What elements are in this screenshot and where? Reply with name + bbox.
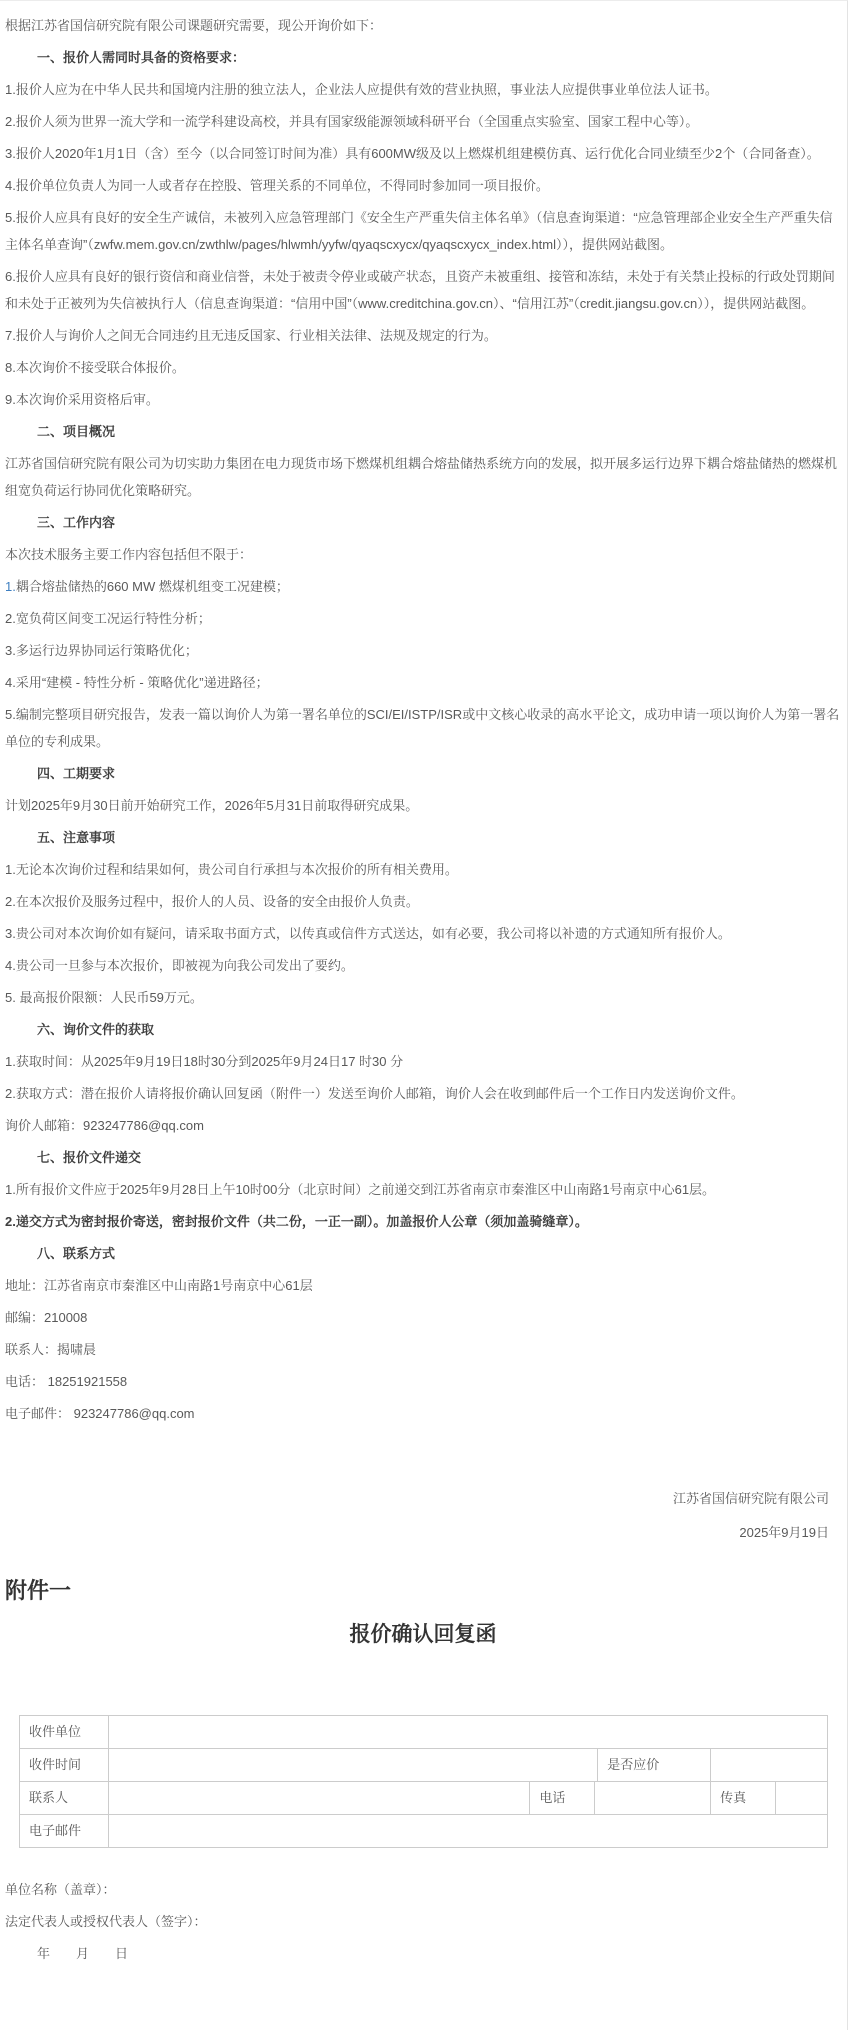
signature-company: 江苏省国信研究院有限公司 (5, 1485, 829, 1512)
contact-postcode: 邮编：210008 (5, 1304, 841, 1331)
s1-item-3: 3.报价人2020年1月1日（含）至今（以合同签订时间为准）具有600MW级及以… (5, 140, 841, 167)
s7-item-1: 1.所有报价文件应于2025年9月28日上午10时00分（北京时间）之前递交到江… (5, 1176, 841, 1203)
form-cell-will-quote-value (711, 1749, 828, 1782)
s1-item-1: 1.报价人应为在中华人民共和国境内注册的独立法人，企业法人应提供有效的营业执照，… (5, 76, 841, 103)
form-label-phone: 电话 (530, 1782, 595, 1815)
signature-date: 2025年9月19日 (5, 1519, 829, 1546)
s2-overview-paragraph: 江苏省国信研究院有限公司为切实助力集团在电力现货市场下燃煤机组耦合熔盐储热系统方… (5, 450, 841, 504)
s1-item-9: 9.本次询价采用资格后审。 (5, 386, 841, 413)
form-row-receive-time: 收件时间 是否应价 (20, 1749, 828, 1782)
attachment-title: 附件一 (5, 1576, 841, 1606)
s3-lead: 本次技术服务主要工作内容包括但不限于： (5, 541, 841, 568)
s5-item-1: 1.无论本次询价过程和结果如何，贵公司自行承担与本次报价的所有相关费用。 (5, 856, 841, 883)
form-cell-fax-value (776, 1782, 828, 1815)
footer-representative-sign-line: 法定代表人或授权代表人（签字）： (5, 1908, 841, 1935)
s3-item-2: 2.宽负荷区间变工况运行特性分析； (5, 605, 841, 632)
form-label-recipient-unit: 收件单位 (20, 1716, 109, 1749)
s3-item-3: 3.多运行边界协同运行策略优化； (5, 637, 841, 664)
footer-date-line: 年 月 日 (37, 1940, 841, 1967)
s6-item-2: 2.获取方式：潜在报价人请将报价确认回复函（附件一）发送至询价人邮箱，询价人会在… (5, 1080, 841, 1107)
form-cell-email-value (109, 1815, 828, 1848)
form-label-contact-person: 联系人 (20, 1782, 109, 1815)
form-label-email: 电子邮件 (20, 1815, 109, 1848)
reply-form-table: 收件单位 收件时间 是否应价 联系人 电话 传真 电子邮件 (19, 1715, 828, 1848)
s3-item-1-text: 耦合熔盐储热的660 MW 燃煤机组变工况建模； (16, 579, 289, 594)
s1-item-6: 6.报价人应具有良好的银行资信和商业信誉，未处于被责令停业或破产状态，且资产未被… (5, 263, 841, 317)
form-label-receive-time: 收件时间 (20, 1749, 109, 1782)
s3-item-1-number: 1. (5, 579, 16, 594)
intro-paragraph: 根据江苏省国信研究院有限公司课题研究需要，现公开询价如下： (5, 12, 841, 39)
section-3-heading: 三、工作内容 (5, 509, 841, 536)
form-row-email: 电子邮件 (20, 1815, 828, 1848)
s6-inquirer-email: 询价人邮箱：923247786@qq.com (5, 1112, 841, 1139)
s5-item-3: 3.贵公司对本次询价如有疑问，请采取书面方式，以传真或信件方式送达，如有必要，我… (5, 920, 841, 947)
s1-item-5: 5.报价人应具有良好的安全生产诚信，未被列入应急管理部门《安全生产严重失信主体名… (5, 204, 841, 258)
contact-phone: 电话： 18251921558 (5, 1368, 841, 1395)
s3-item-1: 1.耦合熔盐储热的660 MW 燃煤机组变工况建模； (5, 573, 841, 600)
s1-item-4: 4.报价单位负责人为同一人或者存在控股、管理关系的不同单位，不得同时参加同一项目… (5, 172, 841, 199)
section-1-heading: 一、报价人需同时具备的资格要求： (5, 44, 841, 71)
s3-item-4: 4.采用“建模 - 特性分析 - 策略优化”递进路径； (5, 669, 841, 696)
s1-item-2: 2.报价人须为世界一流大学和一流学科建设高校，并具有国家级能源领域科研平台（全国… (5, 108, 841, 135)
contact-address: 地址：江苏省南京市秦淮区中山南路1号南京中心61层 (5, 1272, 841, 1299)
form-row-recipient: 收件单位 (20, 1716, 828, 1749)
section-7-heading: 七、报价文件递交 (5, 1144, 841, 1171)
s5-item-5: 5. 最高报价限额：人民币59万元。 (5, 984, 841, 1011)
s1-item-7: 7.报价人与询价人之间无合同违约且无违反国家、行业相关法律、法规及规定的行为。 (5, 322, 841, 349)
form-cell-receive-time-value (109, 1749, 598, 1782)
s1-item-8: 8.本次询价不接受联合体报价。 (5, 354, 841, 381)
signature-block: 江苏省国信研究院有限公司 2025年9月19日 (5, 1485, 841, 1546)
form-label-fax: 传真 (711, 1782, 776, 1815)
footer-company-seal-line: 单位名称（盖章）： (5, 1876, 841, 1903)
form-row-contact: 联系人 电话 传真 (20, 1782, 828, 1815)
form-label-will-quote: 是否应价 (598, 1749, 711, 1782)
section-8-heading: 八、联系方式 (5, 1240, 841, 1267)
inquiry-notice-document: 根据江苏省国信研究院有限公司课题研究需要，现公开询价如下： 一、报价人需同时具备… (0, 1, 847, 1967)
s7-item-2: 2.递交方式为密封报价寄送，密封报价文件（共二份，一正一副）。加盖报价人公章（须… (5, 1208, 841, 1235)
s4-schedule-paragraph: 计划2025年9月30日前开始研究工作，2026年5月31日前取得研究成果。 (5, 792, 841, 819)
form-cell-contact-person-value (109, 1782, 530, 1815)
contact-email: 电子邮件： 923247786@qq.com (5, 1400, 841, 1427)
form-cell-phone-value (595, 1782, 711, 1815)
attachment-subtitle: 报价确认回复函 (5, 1620, 841, 1650)
section-6-heading: 六、询价文件的获取 (5, 1016, 841, 1043)
section-4-heading: 四、工期要求 (5, 760, 841, 787)
section-2-heading: 二、项目概况 (5, 418, 841, 445)
s6-item-1: 1.获取时间：从2025年9月19日18时30分到2025年9月24日17 时3… (5, 1048, 841, 1075)
section-5-heading: 五、注意事项 (5, 824, 841, 851)
s5-item-2: 2.在本次报价及服务过程中，报价人的人员、设备的安全由报价人负责。 (5, 888, 841, 915)
s3-item-5: 5.编制完整项目研究报告，发表一篇以询价人为第一署名单位的SCI/EI/ISTP… (5, 701, 841, 755)
contact-person: 联系人：揭啸晨 (5, 1336, 841, 1363)
s5-item-4: 4.贵公司一旦参与本次报价，即被视为向我公司发出了要约。 (5, 952, 841, 979)
form-cell-recipient-unit-value (109, 1716, 828, 1749)
